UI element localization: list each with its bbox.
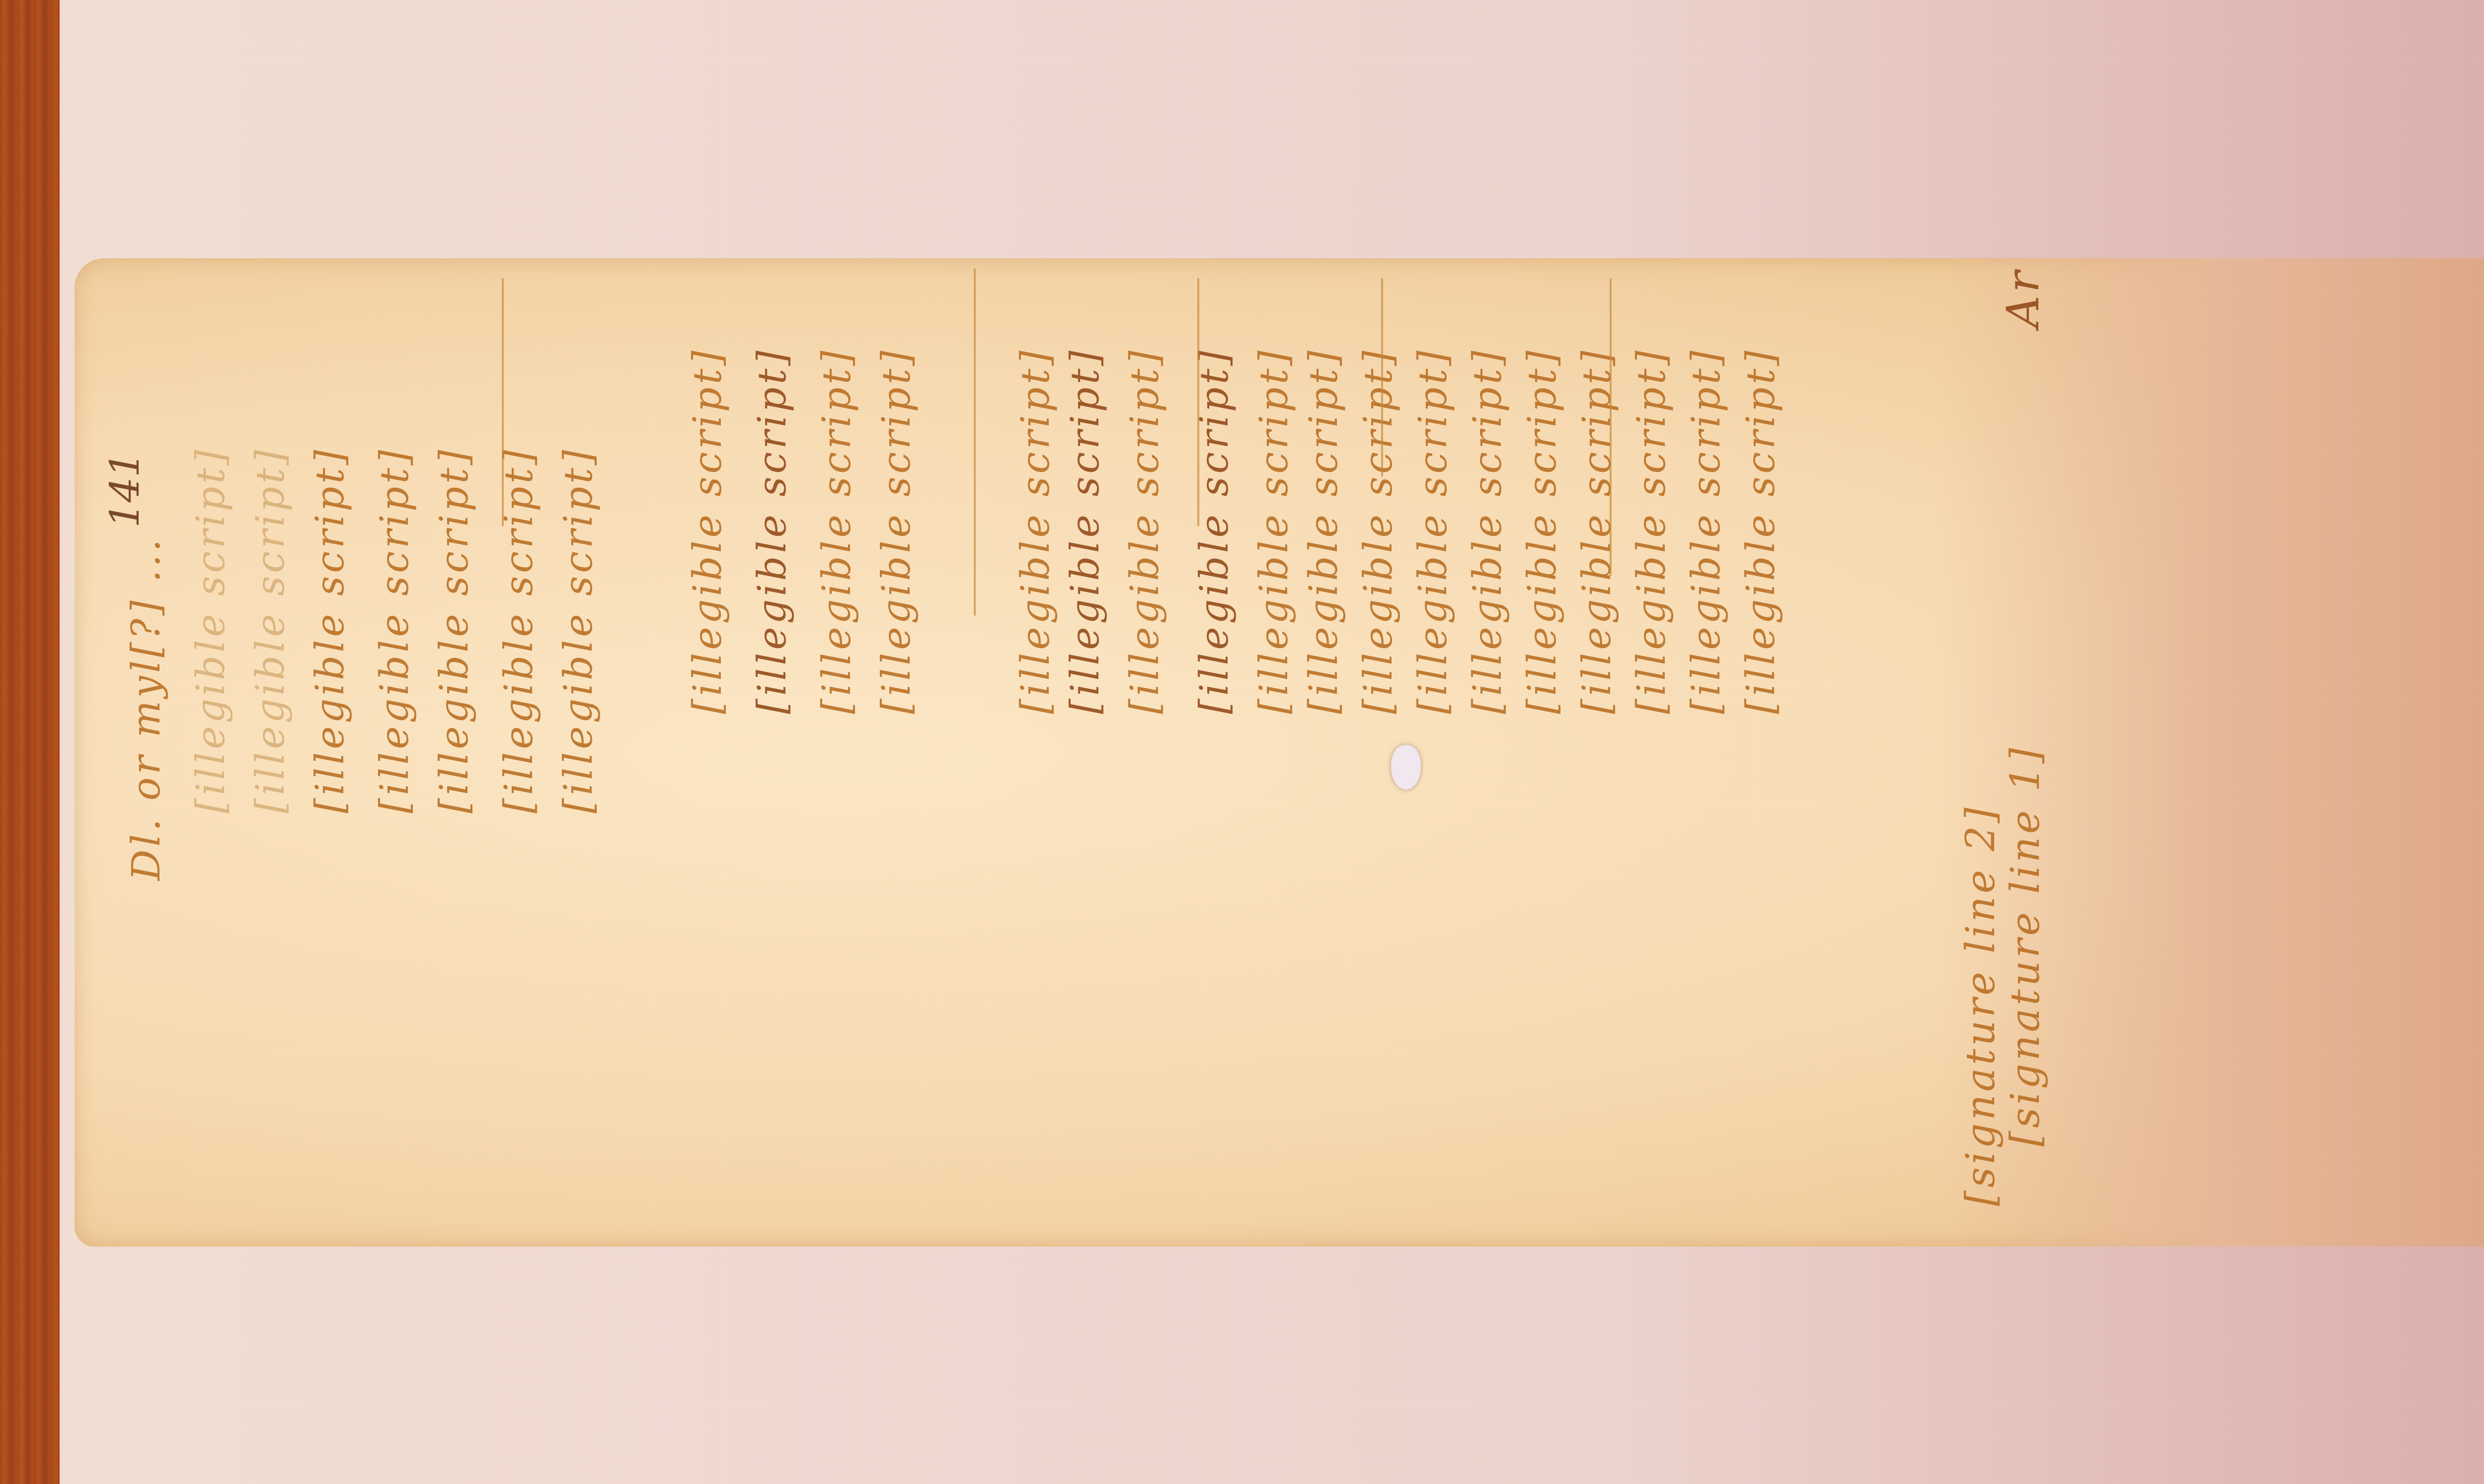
script-line: [illegible script] (432, 447, 477, 814)
ink-flourish (502, 278, 504, 526)
ink-flourish (1381, 278, 1383, 477)
script-line: [illegible script] (1252, 348, 1297, 714)
script-line: [illegible script] (1013, 348, 1058, 714)
script-line: [illegible script] (1575, 348, 1620, 714)
script-line: [illegible script] (1123, 348, 1167, 714)
script-line: [illegible script] (686, 348, 730, 714)
script-line: [illegible script] (189, 447, 233, 814)
script-line: [illegible script] (248, 447, 293, 814)
wooden-table-edge (0, 0, 60, 1484)
script-line: [illegible script] (1356, 348, 1401, 714)
margin-annotation: Ar (1997, 268, 2049, 328)
paper-hole (1391, 745, 1421, 790)
ink-flourish (974, 268, 976, 616)
script-line: [illegible script] (1520, 348, 1565, 714)
ink-flourish (1197, 278, 1199, 526)
ink-flourish (1610, 278, 1612, 576)
script-line: [illegible script] (373, 447, 417, 814)
script-line: [illegible script] (556, 447, 601, 814)
script-line: [illegible script] (1684, 348, 1729, 714)
script-line: [illegible script] (1411, 348, 1456, 714)
script-line: [illegible script] (308, 447, 353, 814)
signature-line: [signature line 2] (1957, 805, 2004, 1206)
script-line: [illegible script] (1739, 348, 1784, 714)
script-line: [illegible script] (1302, 348, 1346, 714)
script-line: [illegible script] (1466, 348, 1510, 714)
script-line: [illegible script] (1063, 348, 1108, 714)
script-line: Dl. or myl[?] ... (124, 536, 169, 881)
script-line: [illegible script] (874, 348, 919, 714)
signature-line: [signature line 1] (2002, 745, 2048, 1147)
script-line: [illegible script] (815, 348, 859, 714)
script-line: [illegible script] (1630, 348, 1674, 714)
script-line: [illegible script] (750, 348, 795, 714)
folio-number: 141 (102, 452, 148, 528)
